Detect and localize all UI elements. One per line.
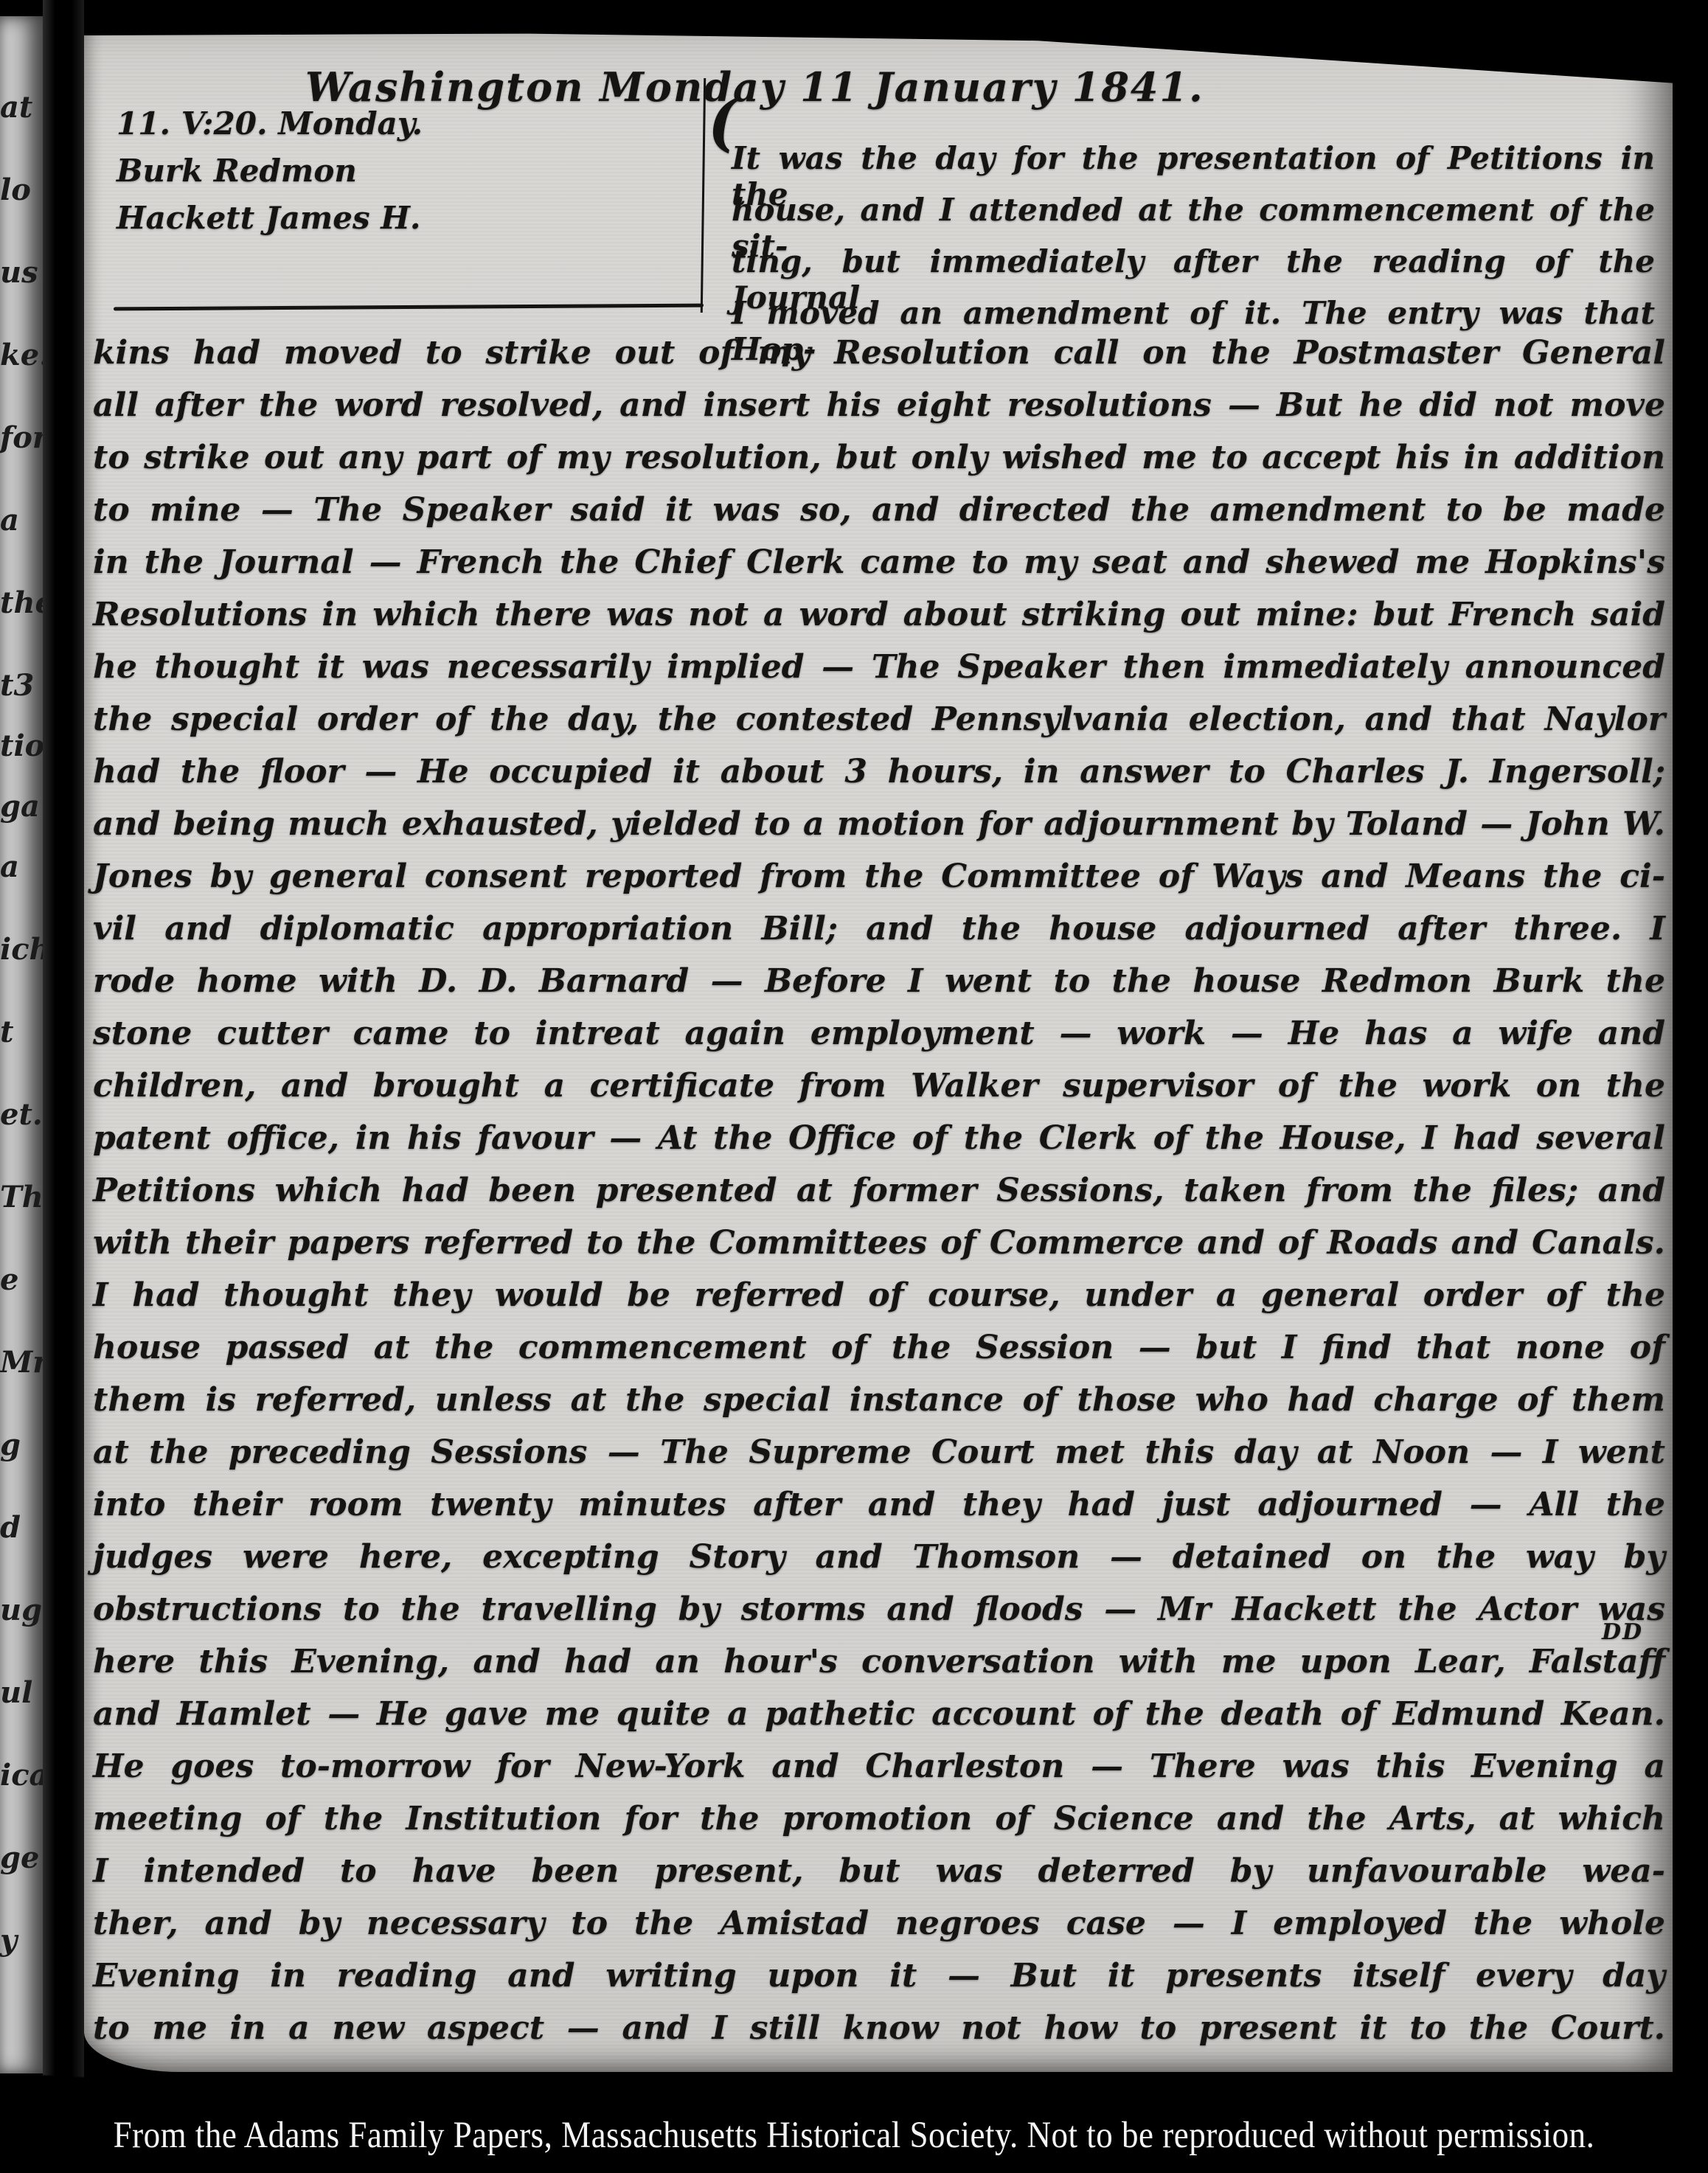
manuscript-line: house passed at the commencement of the … bbox=[93, 1329, 1665, 1381]
manuscript-line: the special order of the day, the contes… bbox=[93, 700, 1665, 753]
manuscript-line: in the Journal — French the Chief Clerk … bbox=[93, 543, 1665, 596]
facing-page-fragment: ug bbox=[0, 1593, 42, 1627]
facing-page-fragment: ke. bbox=[0, 338, 43, 372]
facing-page-fragment: for bbox=[0, 420, 43, 455]
manuscript-line: ting, but immediately after the reading … bbox=[732, 243, 1655, 295]
manuscript-line: to mine — The Speaker said it was so, an… bbox=[93, 491, 1665, 543]
margin-underline bbox=[114, 304, 704, 311]
manuscript-line: I intended to have been present, but was… bbox=[93, 1852, 1665, 1905]
facing-page-fragment: the bbox=[0, 585, 43, 620]
facing-page-fragment: us bbox=[0, 255, 38, 290]
facing-page-fragment: t3 bbox=[0, 668, 34, 703]
manuscript-line: ther, and by necessary to the Amistad ne… bbox=[93, 1905, 1665, 1957]
facing-page-fragment: Mr bbox=[0, 1345, 43, 1380]
manuscript-line: with their papers referred to the Commit… bbox=[93, 1224, 1665, 1276]
facing-page-fragment: This bbox=[0, 1180, 43, 1214]
margin-divider-line bbox=[701, 78, 706, 313]
facing-page-fragment: tion bbox=[0, 729, 43, 763]
facing-page-fragment: lo bbox=[0, 173, 31, 207]
scanned-diary-page: at lo us ke. for a the t3 tion ga a ich … bbox=[0, 0, 1708, 2173]
manuscript-line: had the floor — He occupied it about 3 h… bbox=[93, 753, 1665, 805]
manuscript-line: to strike out any part of my resolution,… bbox=[93, 439, 1665, 491]
manuscript-line: obstructions to the travelling by storms… bbox=[93, 1590, 1665, 1643]
manuscript-line: Jones by general consent reported from t… bbox=[93, 858, 1665, 910]
facing-page-fragment: g bbox=[0, 1428, 21, 1462]
manuscript-line: Resolutions in which there was not a wor… bbox=[93, 596, 1665, 648]
facing-page-fragment: d bbox=[0, 1510, 21, 1545]
margin-note-line: Burk Redmon bbox=[117, 147, 699, 195]
manuscript-line: Petitions which had been presented at fo… bbox=[93, 1172, 1665, 1224]
right-edge-shadow bbox=[1673, 0, 1708, 2173]
facing-page-fragment: ul bbox=[0, 1675, 32, 1710]
manuscript-line: rode home with D. D. Barnard — Before I … bbox=[93, 962, 1665, 1015]
manuscript-line: into their room twenty minutes after and… bbox=[93, 1486, 1665, 1538]
facing-page-sliver: at lo us ke. for a the t3 tion ga a ich … bbox=[0, 16, 43, 2073]
manuscript-line: stone cutter came to intreat again emplo… bbox=[93, 1015, 1665, 1067]
manuscript-line: them is referred, unless at the special … bbox=[93, 1381, 1665, 1433]
facing-page-fragment: at bbox=[0, 90, 32, 125]
manuscript-line: house, and I attended at the commencemen… bbox=[732, 192, 1655, 243]
manuscript-line: He goes to-morrow for New-York and Charl… bbox=[93, 1748, 1665, 1800]
manuscript-line: at the preceding Sessions — The Supreme … bbox=[93, 1433, 1665, 1486]
facing-page-fragment: ga bbox=[0, 789, 40, 824]
facing-page-fragment: a bbox=[0, 503, 19, 538]
body-text-block: kins had moved to strike out of my Resol… bbox=[93, 334, 1665, 2062]
margin-note-line: 11. V:20. Monday. bbox=[117, 100, 699, 147]
manuscript-line: and being much exhausted, yielded to a m… bbox=[93, 805, 1665, 858]
facing-page-fragment: t bbox=[0, 1015, 13, 1049]
manuscript-line: judges were here, excepting Story and Th… bbox=[93, 1538, 1665, 1590]
archive-credit: From the Adams Family Papers, Massachuse… bbox=[0, 2113, 1708, 2156]
indented-text-block: It was the day for the presentation of P… bbox=[732, 140, 1655, 347]
manuscript-line: I had thought they would be referred of … bbox=[93, 1276, 1665, 1329]
manuscript-line: all after the word resolved, and insert … bbox=[93, 386, 1665, 439]
facing-page-fragment: a bbox=[0, 849, 19, 884]
facing-page-fragment: ge bbox=[0, 1840, 39, 1875]
margin-note: 11. V:20. Monday. Burk Redmon Hackett Ja… bbox=[117, 100, 699, 242]
superscript-mark: DD bbox=[1602, 1619, 1643, 1645]
margin-note-line: Hackett James H. bbox=[117, 195, 699, 242]
manuscript-line: patent office, in his favour — At the Of… bbox=[93, 1119, 1665, 1172]
manuscript-line: children, and brought a certificate from… bbox=[93, 1067, 1665, 1119]
manuscript-line: he thought it was necessarily implied — … bbox=[93, 648, 1665, 700]
diary-page: Washington Monday 11 January 1841. 11. V… bbox=[84, 21, 1674, 2072]
facing-page-fragment: y bbox=[0, 1923, 17, 1958]
manuscript-line: vil and diplomatic appropriation Bill; a… bbox=[93, 910, 1665, 962]
manuscript-line: and Hamlet — He gave me quite a pathetic… bbox=[93, 1695, 1665, 1748]
book-spine-shadow bbox=[43, 0, 84, 2124]
facing-page-fragment: e bbox=[0, 1262, 18, 1297]
facing-page-fragment: ica bbox=[0, 1758, 43, 1793]
facing-page-fragment: ich bbox=[0, 932, 43, 967]
manuscript-line: meeting of the Institution for the promo… bbox=[93, 1800, 1665, 1852]
facing-page-fragment: et. bbox=[0, 1097, 43, 1132]
manuscript-line: here this Evening, and had an hour's con… bbox=[93, 1643, 1665, 1695]
manuscript-line: It was the day for the presentation of P… bbox=[732, 140, 1655, 192]
manuscript-line: kins had moved to strike out of my Resol… bbox=[93, 334, 1665, 386]
